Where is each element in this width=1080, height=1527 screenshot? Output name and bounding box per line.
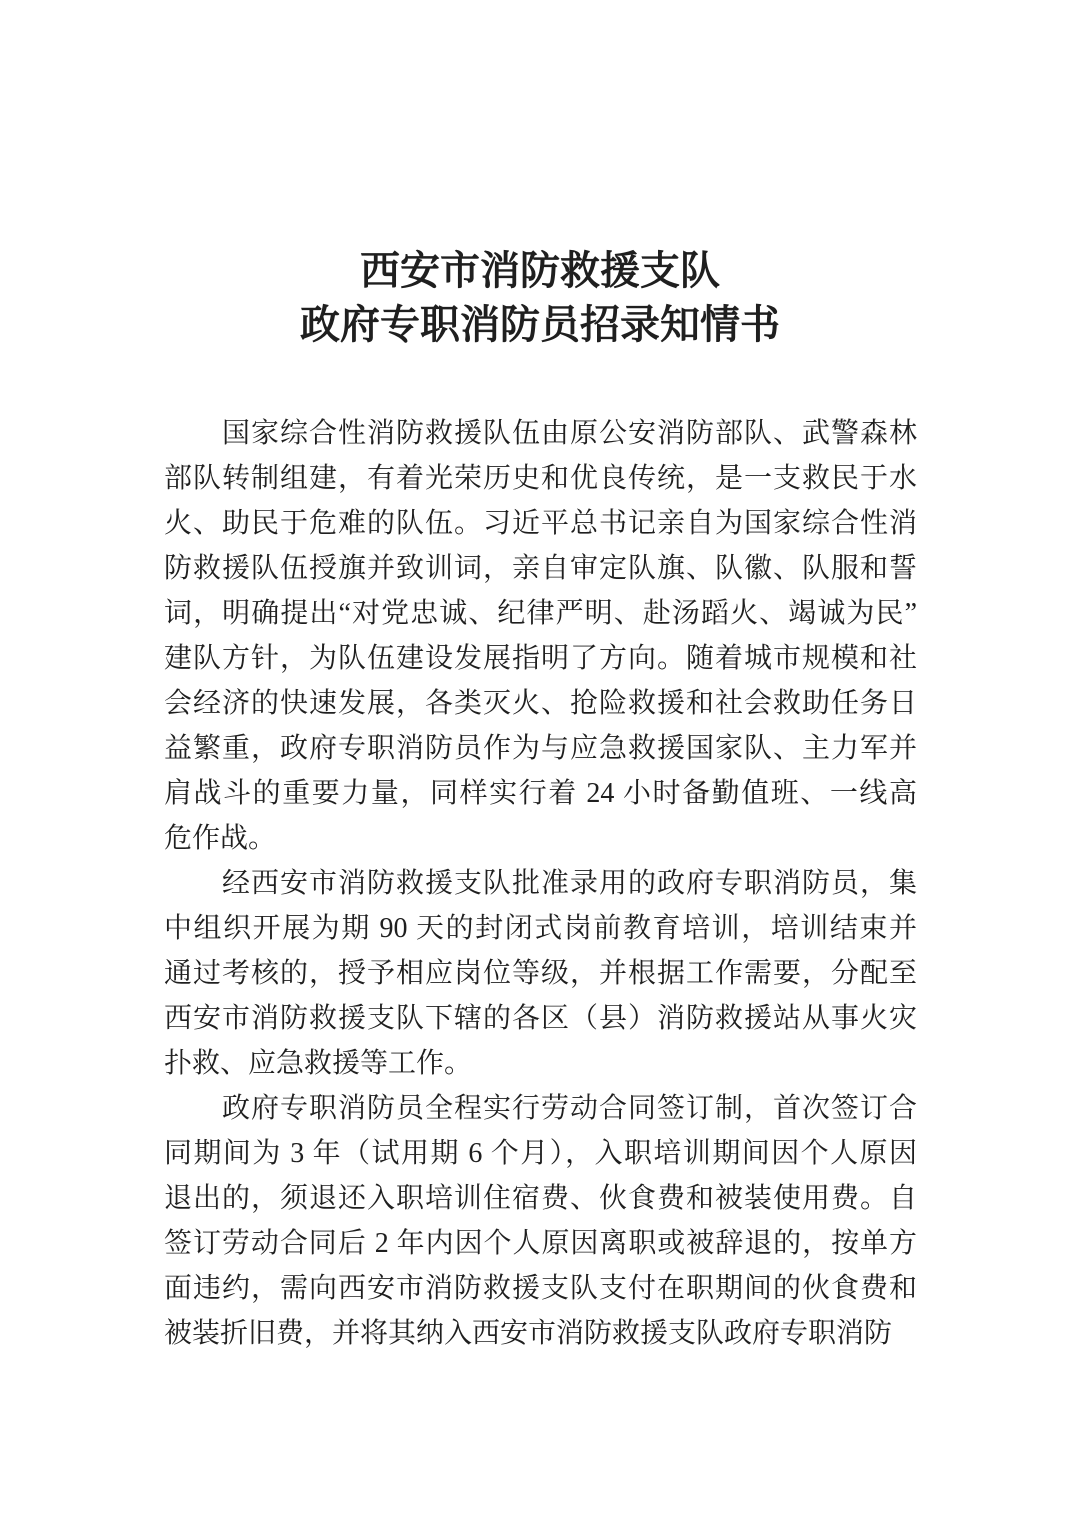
- text-line: 防救援队伍授旗并致训词，亲自审定队旗、队徽、队服和誓: [164, 546, 917, 591]
- title-line-1: 西安市消防救援支队: [0, 244, 1080, 298]
- text-line: 政府专职消防员全程实行劳动合同签订制，首次签订合: [164, 1086, 917, 1131]
- text-line: 会经济的快速发展，各类灭火、抢险救援和社会救助任务日: [164, 681, 917, 726]
- text-line: 扑救、应急救援等工作。: [164, 1041, 917, 1086]
- text-line: 肩战斗的重要力量，同样实行着 24 小时备勤值班、一线高: [164, 771, 917, 816]
- text-line: 火、助民于危难的队伍。习近平总书记亲自为国家综合性消: [164, 501, 917, 546]
- text-line: 西安市消防救援支队下辖的各区（县）消防救援站从事火灾: [164, 996, 917, 1041]
- text-line: 益繁重，政府专职消防员作为与应急救援国家队、主力军并: [164, 726, 917, 771]
- paragraph: 经西安市消防救援支队批准录用的政府专职消防员，集中组织开展为期 90 天的封闭式…: [164, 861, 917, 1086]
- document-body: 国家综合性消防救援队伍由原公安消防部队、武警森林部队转制组建，有着光荣历史和优良…: [164, 411, 917, 1356]
- text-line: 被装折旧费，并将其纳入西安市消防救援支队政府专职消防: [164, 1311, 917, 1356]
- text-line: 经西安市消防救援支队批准录用的政府专职消防员，集: [164, 861, 917, 906]
- text-line: 国家综合性消防救援队伍由原公安消防部队、武警森林: [164, 411, 917, 456]
- text-line: 中组织开展为期 90 天的封闭式岗前教育培训，培训结束并: [164, 906, 917, 951]
- document-title: 西安市消防救援支队 政府专职消防员招录知情书: [0, 0, 1080, 352]
- text-line: 面违约，需向西安市消防救援支队支付在职期间的伙食费和: [164, 1266, 917, 1311]
- text-line: 词，明确提出“对党忠诚、纪律严明、赴汤蹈火、竭诚为民”: [164, 591, 917, 636]
- text-line: 危作战。: [164, 816, 917, 861]
- text-line: 部队转制组建，有着光荣历史和优良传统，是一支救民于水: [164, 456, 917, 501]
- document-page: 西安市消防救援支队 政府专职消防员招录知情书 国家综合性消防救援队伍由原公安消防…: [0, 0, 1080, 1527]
- text-line: 签订劳动合同后 2 年内因个人原因离职或被辞退的，按单方: [164, 1221, 917, 1266]
- text-line: 同期间为 3 年（试用期 6 个月），入职培训期间因个人原因: [164, 1131, 917, 1176]
- text-line: 建队方针，为队伍建设发展指明了方向。随着城市规模和社: [164, 636, 917, 681]
- text-line: 退出的，须退还入职培训住宿费、伙食费和被装使用费。自: [164, 1176, 917, 1221]
- paragraph: 国家综合性消防救援队伍由原公安消防部队、武警森林部队转制组建，有着光荣历史和优良…: [164, 411, 917, 861]
- title-line-2: 政府专职消防员招录知情书: [0, 298, 1080, 352]
- text-line: 通过考核的，授予相应岗位等级，并根据工作需要，分配至: [164, 951, 917, 996]
- paragraph: 政府专职消防员全程实行劳动合同签订制，首次签订合同期间为 3 年（试用期 6 个…: [164, 1086, 917, 1356]
